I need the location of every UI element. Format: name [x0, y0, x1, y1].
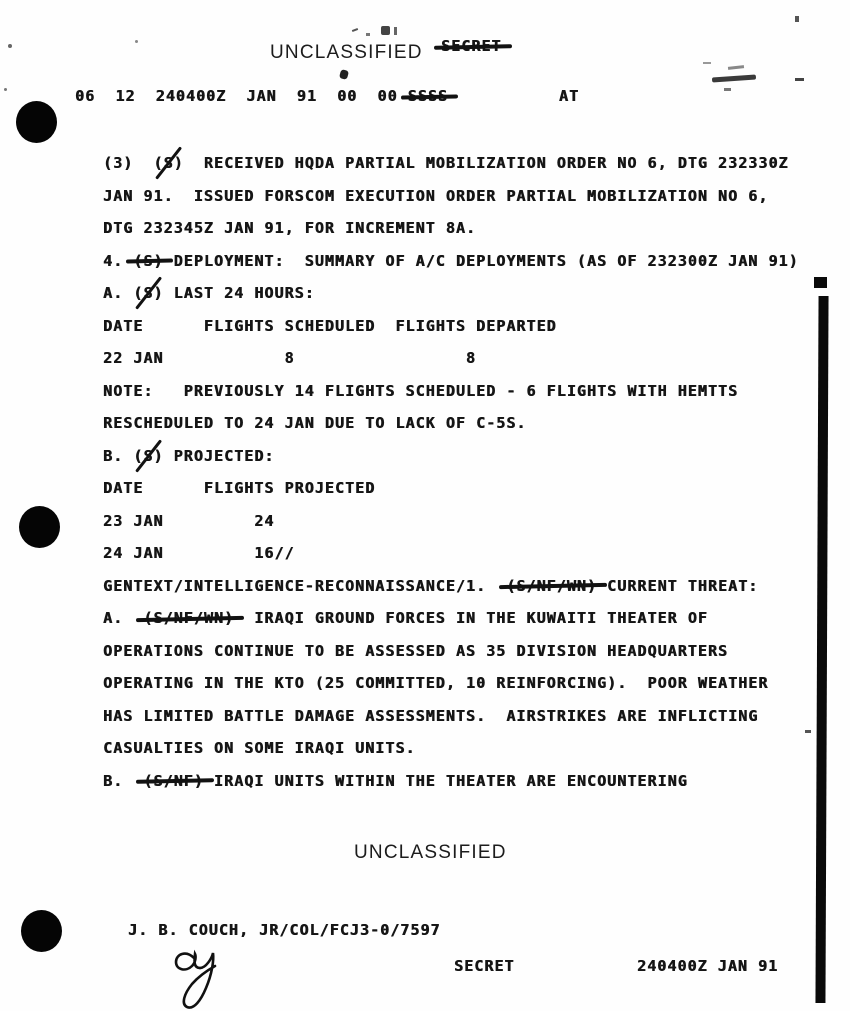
document-line: A. (S) LAST 24 HOURS:: [103, 277, 799, 310]
releasing-officer-line: J. B. COUCH, JR/COL/FCJ3-0/7597: [128, 921, 441, 939]
document-line: 4. (S) DEPLOYMENT: SUMMARY OF A/C DEPLOY…: [103, 245, 799, 278]
document-line: OPERATING IN THE KTO (25 COMMITTED, 10 R…: [103, 667, 799, 700]
body-text: DATE FLIGHTS SCHEDULED FLIGHTS DEPARTED: [103, 317, 557, 335]
secret-stamp-struck: SECRET: [441, 37, 502, 55]
redaction-marked-text: (S): [133, 440, 163, 473]
redaction-marked-text: (S): [133, 245, 163, 278]
scan-smudge: [366, 33, 370, 36]
body-text: 24 JAN 16//: [103, 544, 295, 562]
right-sidebar-bar: [815, 296, 828, 1003]
hole-punch-top: [16, 101, 57, 143]
scan-smudge: [712, 74, 756, 82]
document-line: DATE FLIGHTS PROJECTED: [103, 472, 799, 505]
margin-square-mark: [814, 277, 827, 288]
body-text: PROJECTED:: [164, 447, 275, 465]
body-text: GENTEXT/INTELLIGENCE-RECONNAISSANCE/1.: [103, 577, 506, 595]
body-text: OPERATIONS CONTINUE TO BE ASSESSED AS 35…: [103, 642, 728, 660]
scanned-document-page: UNCLASSIFIED SECRET 06 12 240400Z JAN 91…: [0, 0, 850, 1011]
document-line: A. (S/NF/WN) IRAQI GROUND FORCES IN THE …: [103, 602, 799, 635]
signature: [168, 940, 248, 1011]
scan-smudge: [8, 44, 12, 48]
scan-smudge: [728, 65, 744, 70]
scan-smudge: [381, 26, 390, 35]
document-line: NOTE: PREVIOUSLY 14 FLIGHTS SCHEDULED - …: [103, 375, 799, 408]
body-text: CURRENT THREAT:: [597, 577, 758, 595]
unclassified-stamp-bottom: UNCLASSIFIED: [354, 842, 507, 864]
body-text: LAST 24 HOURS:: [164, 284, 315, 302]
hole-punch-bottom: [21, 910, 62, 952]
footer-secret-stamp: SECRET: [454, 957, 515, 975]
document-line: GENTEXT/INTELLIGENCE-RECONNAISSANCE/1. (…: [103, 570, 799, 603]
document-line: JAN 91. ISSUED FORSCOM EXECUTION ORDER P…: [103, 180, 799, 213]
document-line: DATE FLIGHTS SCHEDULED FLIGHTS DEPARTED: [103, 310, 799, 343]
redaction-marked-text: (S/NF/WN): [506, 570, 597, 603]
document-line: CASUALTIES ON SOME IRAQI UNITS.: [103, 732, 799, 765]
body-text: 23 JAN 24: [103, 512, 274, 530]
body-text: JAN 91. ISSUED FORSCOM EXECUTION ORDER P…: [103, 187, 768, 205]
unclassified-stamp-top: UNCLASSIFIED: [270, 42, 423, 64]
footer-dtg: 240400Z JAN 91: [637, 957, 778, 975]
body-text: IRAQI GROUND FORCES IN THE KUWAITI THEAT…: [234, 609, 708, 627]
body-text: (3): [103, 154, 153, 172]
hole-punch-middle: [19, 506, 60, 548]
document-line: HAS LIMITED BATTLE DAMAGE ASSESSMENTS. A…: [103, 700, 799, 733]
document-line: DTG 232345Z JAN 91, FOR INCREMENT 8A.: [103, 212, 799, 245]
scan-smudge: [394, 27, 397, 35]
body-text: RESCHEDULED TO 24 JAN DUE TO LACK OF C-5…: [103, 414, 526, 432]
body-text: NOTE: PREVIOUSLY 14 FLIGHTS SCHEDULED - …: [103, 382, 738, 400]
body-text: 22 JAN 8 8: [103, 349, 476, 367]
scan-smudge: [805, 730, 811, 733]
document-line: 24 JAN 16//: [103, 537, 799, 570]
scan-smudge: [795, 78, 804, 81]
document-line: OPERATIONS CONTINUE TO BE ASSESSED AS 35…: [103, 635, 799, 668]
body-text: RECEIVED HQDA PARTIAL MOBILIZATION ORDER…: [184, 154, 789, 172]
redaction-marked-text: (S/NF/WN): [143, 602, 234, 635]
message-body: (3) (S) RECEIVED HQDA PARTIAL MOBILIZATI…: [103, 147, 799, 797]
body-text: OPERATING IN THE KTO (25 COMMITTED, 10 R…: [103, 674, 768, 692]
body-text: DATE FLIGHTS PROJECTED: [103, 479, 375, 497]
scan-smudge: [339, 69, 349, 80]
scan-smudge: [352, 28, 358, 32]
body-text: 06 12 240400Z JAN 91 00 00: [75, 87, 408, 105]
redaction-marked-text: (S): [133, 277, 163, 310]
document-line: B. (S) PROJECTED:: [103, 440, 799, 473]
scan-smudge: [4, 88, 7, 91]
scan-smudge: [795, 16, 799, 22]
body-text: B.: [103, 447, 133, 465]
redaction-marked-text: (S/NF): [143, 765, 204, 798]
body-text: DTG 232345Z JAN 91, FOR INCREMENT 8A.: [103, 219, 476, 237]
document-line: 22 JAN 8 8: [103, 342, 799, 375]
body-text: AT: [448, 87, 579, 105]
body-text: CASUALTIES ON SOME IRAQI UNITS.: [103, 739, 416, 757]
message-header-line: 06 12 240400Z JAN 91 00 00 SSSS AT: [75, 84, 579, 108]
document-line: B. (S/NF) IRAQI UNITS WITHIN THE THEATER…: [103, 765, 799, 798]
body-text: DEPLOYMENT: SUMMARY OF A/C DEPLOYMENTS (…: [164, 252, 799, 270]
scan-smudge: [135, 40, 138, 43]
document-line: RESCHEDULED TO 24 JAN DUE TO LACK OF C-5…: [103, 407, 799, 440]
scan-smudge: [724, 88, 731, 91]
body-text: IRAQI UNITS WITHIN THE THEATER ARE ENCOU…: [204, 772, 688, 790]
document-line: (3) (S) RECEIVED HQDA PARTIAL MOBILIZATI…: [103, 147, 799, 180]
body-text: HAS LIMITED BATTLE DAMAGE ASSESSMENTS. A…: [103, 707, 758, 725]
body-text: A.: [103, 284, 133, 302]
document-line: 23 JAN 24: [103, 505, 799, 538]
scan-smudge: [703, 62, 711, 64]
redaction-marked-text: (S): [153, 147, 183, 180]
redaction-marked-text: SSSS: [408, 84, 448, 108]
